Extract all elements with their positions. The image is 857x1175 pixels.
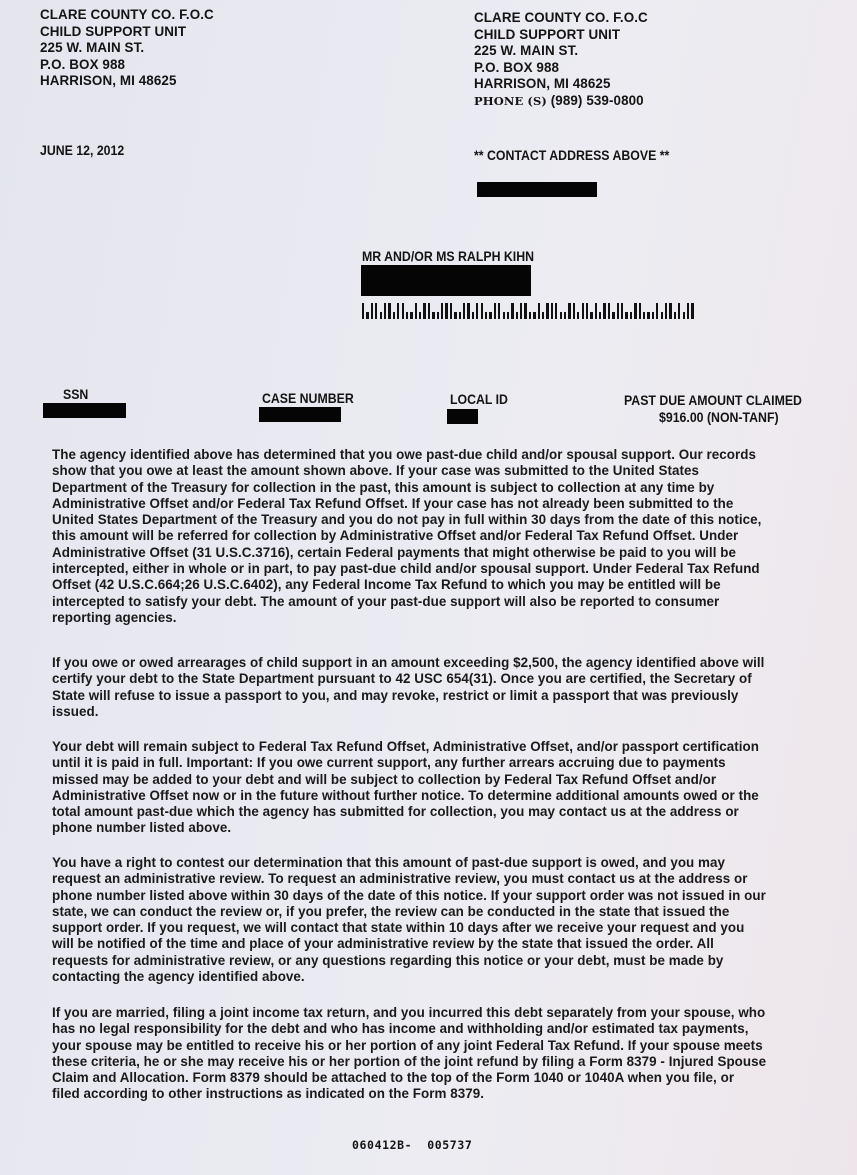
paragraph-line: Department of the Treasury for collectio…	[52, 480, 842, 496]
paragraph-line: Offset (42 U.S.C.664;26 U.S.C.6402), any…	[52, 577, 842, 593]
paragraph-line: your spouse may be entitled to receive h…	[52, 1038, 842, 1054]
past-due-amount: $916.00 (NON-TANF)	[659, 410, 779, 425]
sender-address-right: CLARE COUNTY CO. F.O.C CHILD SUPPORT UNI…	[474, 10, 648, 110]
paragraph-offset-notice: The agency identified above has determin…	[52, 447, 842, 626]
ssn-label: SSN	[63, 387, 88, 402]
paragraph-injured-spouse: If you are married, filing a joint incom…	[52, 1005, 842, 1103]
paragraph-line: will be notified of the time and place o…	[52, 936, 842, 952]
sender-left-line-street: 225 W. MAIN ST.	[40, 40, 214, 57]
contact-note: ** CONTACT ADDRESS ABOVE **	[474, 148, 669, 163]
phone-line: PHONE (S) (989) 539-0800	[474, 93, 648, 110]
paragraph-line: intercepted, either in whole or in part,…	[52, 561, 842, 577]
redacted-block-contact	[477, 182, 597, 197]
paragraph-line: Administrative Offset (31 U.S.C.3716), c…	[52, 545, 842, 561]
letter-date: JUNE 12, 2012	[40, 143, 124, 158]
paragraph-line: show that you owe at least the amount sh…	[52, 463, 842, 479]
sender-right-line-street: 225 W. MAIN ST.	[474, 43, 648, 60]
paragraph-line: missed may be added to your debt and wil…	[52, 772, 842, 788]
paragraph-line: state, we can conduct the review or, if …	[52, 904, 842, 920]
redacted-case-number	[259, 407, 341, 422]
paragraph-line: phone number listed above within 30 days…	[52, 888, 842, 904]
paragraph-line: issued.	[52, 704, 842, 720]
paragraph-line: certify your debt to the State Departmen…	[52, 671, 842, 687]
paragraph-line: these criteria, he or she may receive hi…	[52, 1054, 842, 1070]
document-reference-code: 060412B- 005737	[352, 1138, 472, 1152]
paragraph-line: contacting the agency identified above.	[52, 969, 842, 985]
case-number-label: CASE NUMBER	[262, 391, 354, 406]
paragraph-line: State will refuse to issue a passport to…	[52, 688, 842, 704]
paragraph-line: Claim and Allocation. Form 8379 should b…	[52, 1070, 842, 1086]
paragraph-line: support order. If you request, we will c…	[52, 920, 842, 936]
paragraph-passport-certification: If you owe or owed arrearages of child s…	[52, 655, 842, 720]
redacted-local-id	[447, 409, 478, 424]
postal-barcode	[362, 303, 694, 319]
paragraph-right-to-contest: You have a right to contest our determin…	[52, 855, 842, 985]
redacted-ssn	[43, 403, 126, 418]
recipient-name: MR AND/OR MS RALPH KIHN	[362, 249, 534, 264]
phone-number: (989) 539-0800	[551, 93, 644, 108]
paragraph-line: Administrative Offset now or in the futu…	[52, 788, 842, 804]
paragraph-line: filed according to other instructions as…	[52, 1086, 842, 1102]
paragraph-line: intercepted to satisfy your debt. The am…	[52, 594, 842, 610]
past-due-label: PAST DUE AMOUNT CLAIMED	[624, 393, 802, 408]
paragraph-line: Your debt will remain subject to Federal…	[52, 739, 842, 755]
phone-label: PHONE (S)	[474, 94, 547, 108]
paragraph-line: You have a right to contest our determin…	[52, 855, 842, 871]
sender-right-line-city: HARRISON, MI 48625	[474, 76, 648, 93]
paragraph-line: request an administrative review. To req…	[52, 871, 842, 887]
paragraph-line: has no legal responsibility for the debt…	[52, 1021, 842, 1037]
paragraph-line: reporting agencies.	[52, 610, 842, 626]
sender-address-left: CLARE COUNTY CO. F.O.C CHILD SUPPORT UNI…	[40, 7, 214, 90]
paragraph-line: requests for administrative review, or a…	[52, 953, 842, 969]
paragraph-line: The agency identified above has determin…	[52, 447, 842, 463]
sender-right-line-agency: CLARE COUNTY CO. F.O.C	[474, 10, 648, 27]
sender-left-line-unit: CHILD SUPPORT UNIT	[40, 24, 214, 41]
paragraph-line: Administrative Offset and/or Federal Tax…	[52, 496, 842, 512]
sender-right-line-pobox: P.O. BOX 988	[474, 60, 648, 77]
paragraph-debt-remains: Your debt will remain subject to Federal…	[52, 739, 842, 837]
paragraph-line: United States Department of the Treasury…	[52, 512, 842, 528]
local-id-label: LOCAL ID	[450, 392, 508, 407]
paragraph-line: If you are married, filing a joint incom…	[52, 1005, 842, 1021]
sender-left-line-city: HARRISON, MI 48625	[40, 73, 214, 90]
paragraph-line: If you owe or owed arrearages of child s…	[52, 655, 842, 671]
paragraph-line: total amount past-due which the agency h…	[52, 804, 842, 820]
paragraph-line: this amount will be referred for collect…	[52, 528, 842, 544]
paragraph-line: until it is paid in full. Important: If …	[52, 755, 842, 771]
sender-left-line-agency: CLARE COUNTY CO. F.O.C	[40, 7, 214, 24]
paragraph-line: phone number listed above.	[52, 820, 842, 836]
sender-right-line-unit: CHILD SUPPORT UNIT	[474, 27, 648, 44]
sender-left-line-pobox: P.O. BOX 988	[40, 57, 214, 74]
redacted-block-recipient-address	[361, 265, 531, 296]
